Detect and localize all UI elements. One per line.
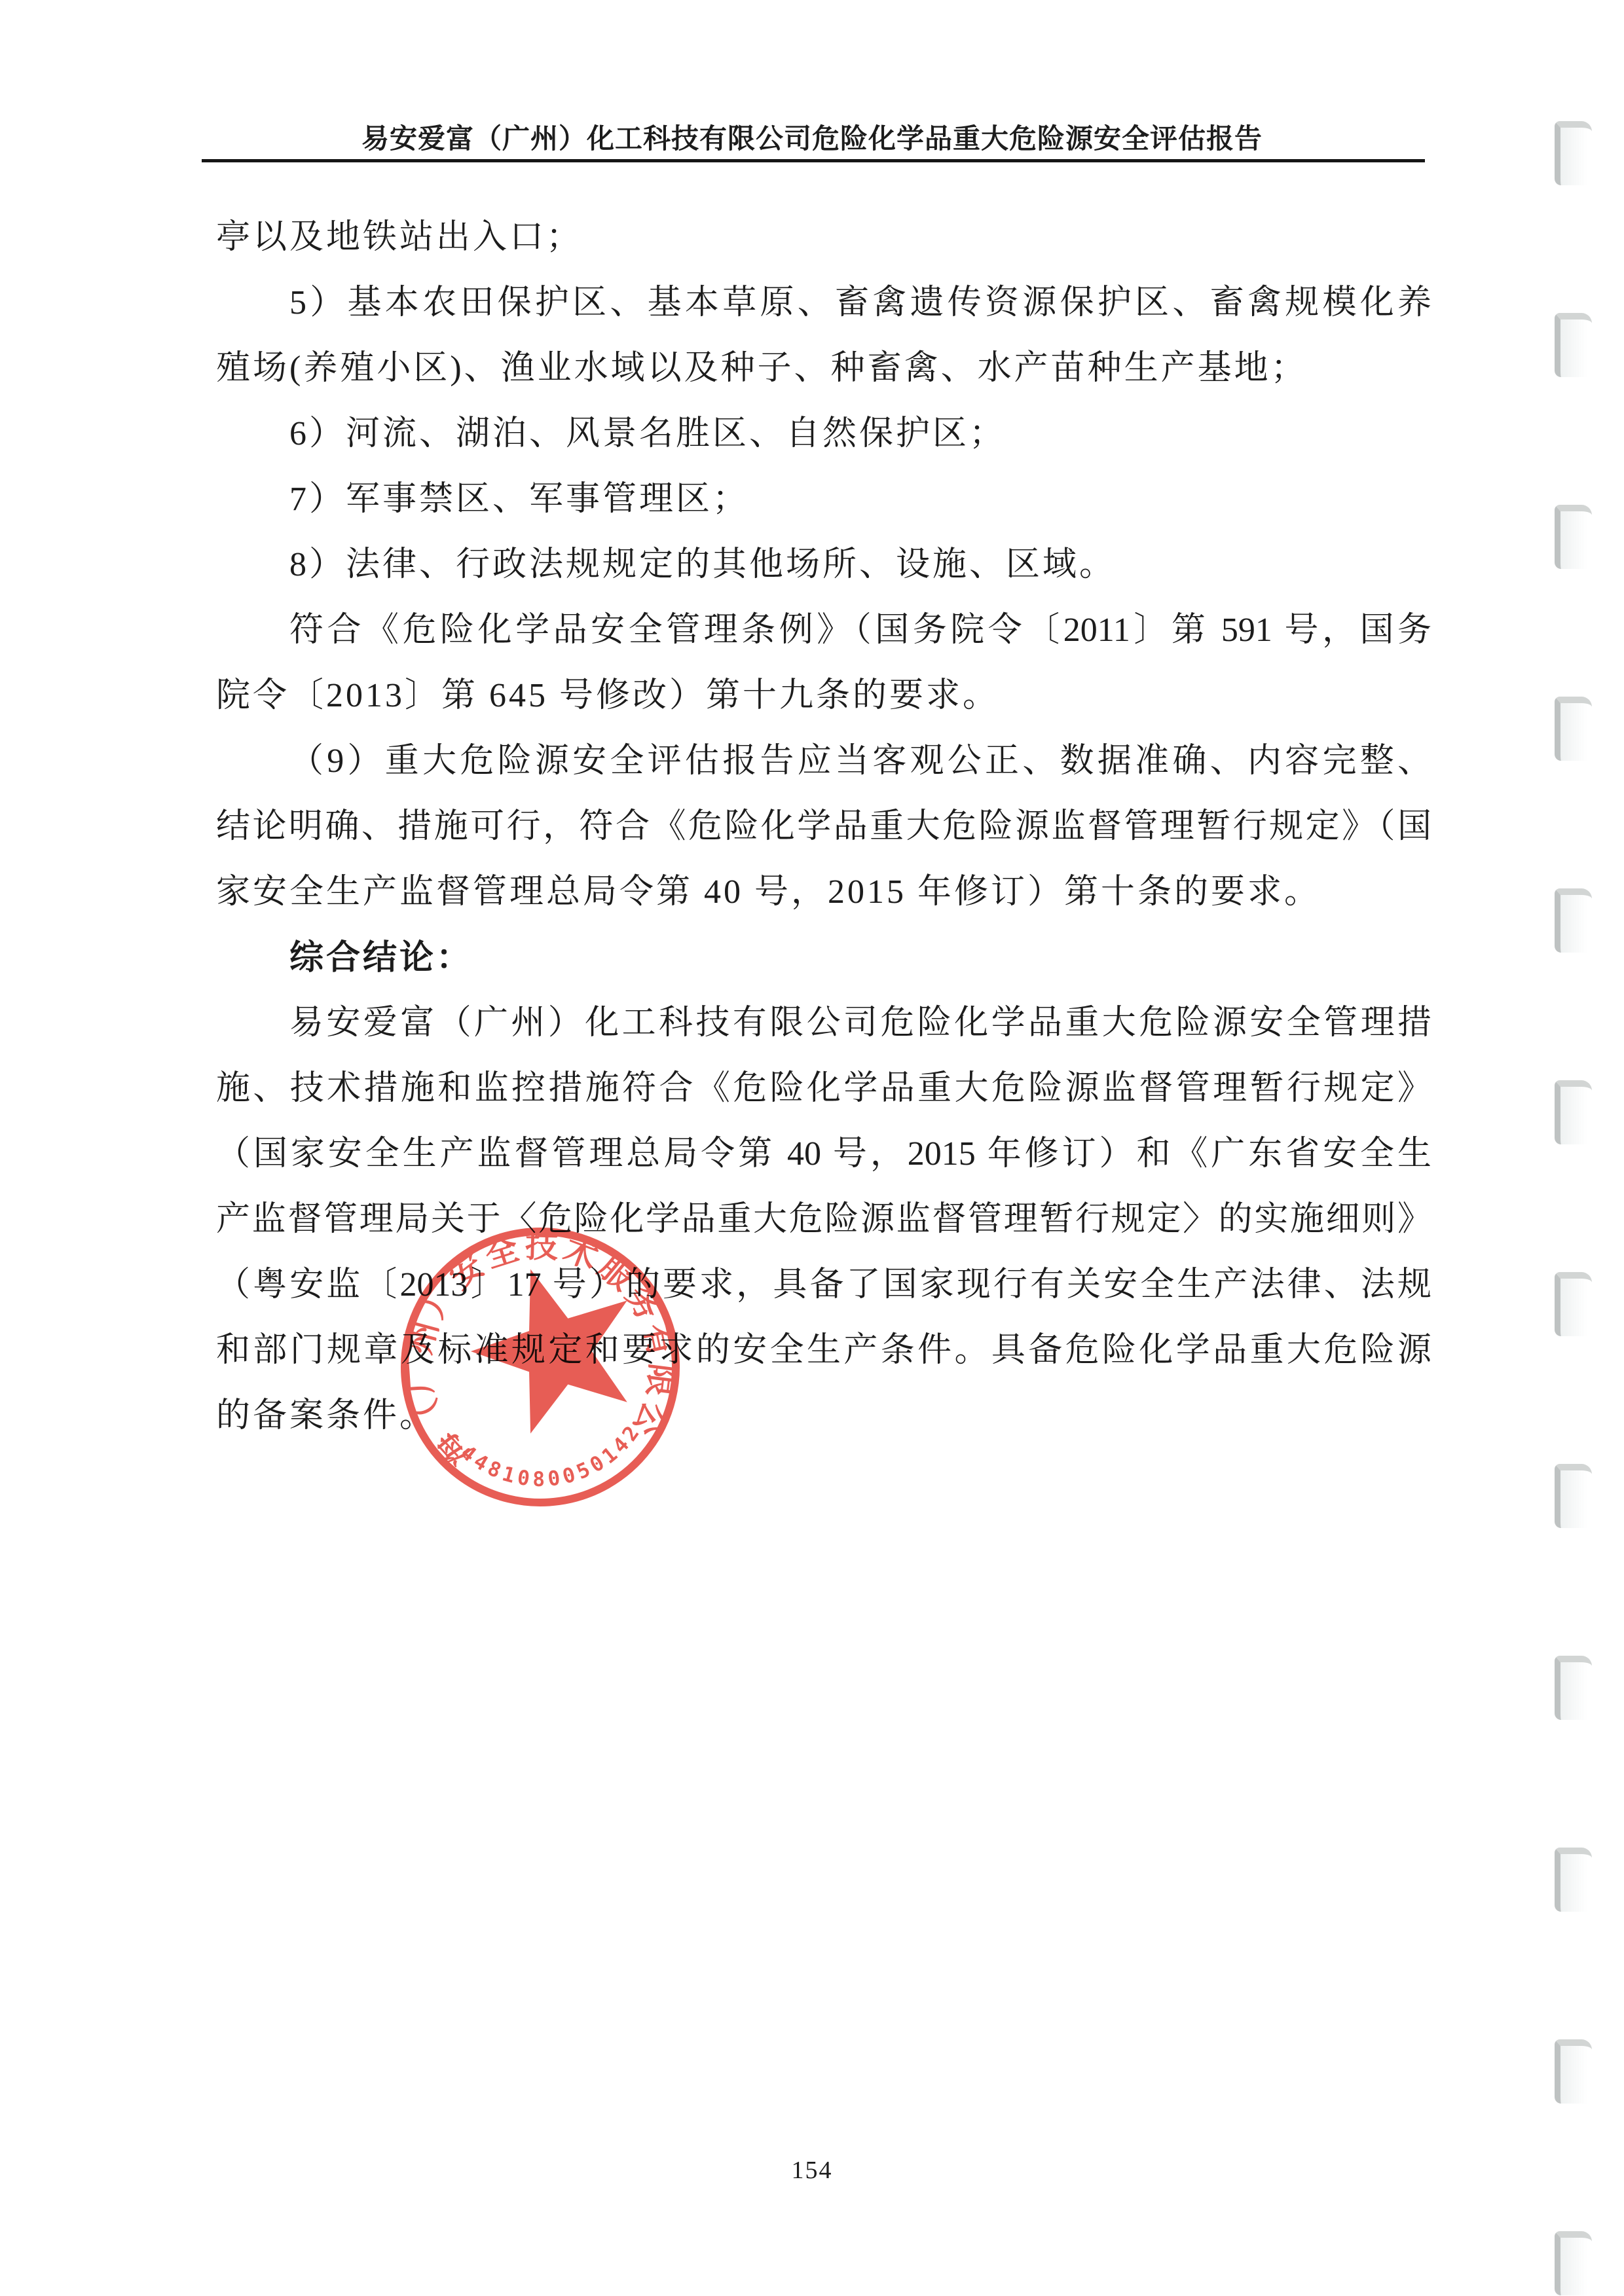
body-text-line: 亭以及地铁站出入口； — [216, 205, 1431, 270]
binding-hole-artifact — [1555, 2231, 1592, 2295]
binding-hole-artifact — [1555, 1464, 1592, 1528]
binding-hole-artifact — [1555, 121, 1592, 185]
body-text-line: 结论明确、措施可行，符合《危险化学品重大危险源监督管理暂行规定》（国 — [216, 794, 1431, 860]
header-divider-rule — [202, 159, 1425, 162]
body-text-line: 7）军事禁区、军事管理区； — [216, 467, 1431, 532]
section-heading-line: 综合结论： — [216, 925, 1431, 991]
binding-hole-artifact — [1555, 505, 1592, 569]
binding-hole-artifact — [1555, 313, 1592, 377]
scanned-report-page: 易安爱富（广州）化工科技有限公司危险化学品重大危险源安全评估报告 亭以及地铁站出… — [0, 0, 1624, 2296]
seal-graphic: 中海（广州）安全技术服务有限公司 4481080050142 — [397, 1226, 686, 1514]
body-text-line: 易安爱富（广州）化工科技有限公司危险化学品重大危险源安全管理措 — [216, 991, 1431, 1056]
page-header-title: 易安爱富（广州）化工科技有限公司危险化学品重大危险源安全评估报告 — [0, 123, 1624, 156]
binding-hole-artifact — [1555, 697, 1592, 761]
binding-hole-artifact — [1555, 888, 1592, 953]
binding-hole-artifact — [1555, 1080, 1592, 1144]
page-number: 154 — [0, 2156, 1624, 2185]
body-text-line: 符合《危险化学品安全管理条例》（国务院令〔2011〕第 591 号，国务 — [216, 598, 1431, 663]
body-text-line: （国家安全生产监督管理总局令第 40 号，2015 年修订）和《广东省安全生 — [216, 1121, 1431, 1187]
body-text-line: 院令〔2013〕第 645 号修改）第十九条的要求。 — [216, 663, 1431, 729]
body-text-line: 殖场(养殖小区)、渔业水域以及种子、种畜禽、水产苗种生产基地； — [216, 336, 1431, 401]
body-text-line: 施、技术措施和监控措施符合《危险化学品重大危险源监督管理暂行规定》 — [216, 1056, 1431, 1121]
binding-hole-artifact — [1555, 2039, 1592, 2104]
body-text-line: 家安全生产监督管理总局令第 40 号，2015 年修订）第十条的要求。 — [216, 860, 1431, 925]
body-text-line: （9）重大危险源安全评估报告应当客观公正、数据准确、内容完整、 — [216, 729, 1431, 794]
body-text-line: 5）基本农田保护区、基本草原、畜禽遗传资源保护区、畜禽规模化养 — [216, 270, 1431, 336]
binding-hole-artifact — [1555, 1848, 1592, 1912]
company-seal-stamp: 中海（广州）安全技术服务有限公司 4481080050142 — [397, 1226, 686, 1514]
binding-hole-artifact — [1555, 1272, 1592, 1336]
body-text-line: 6）河流、湖泊、风景名胜区、自然保护区； — [216, 401, 1431, 467]
binding-hole-artifact — [1555, 1656, 1592, 1720]
body-text-line: 8）法律、行政法规规定的其他场所、设施、区域。 — [216, 532, 1431, 598]
